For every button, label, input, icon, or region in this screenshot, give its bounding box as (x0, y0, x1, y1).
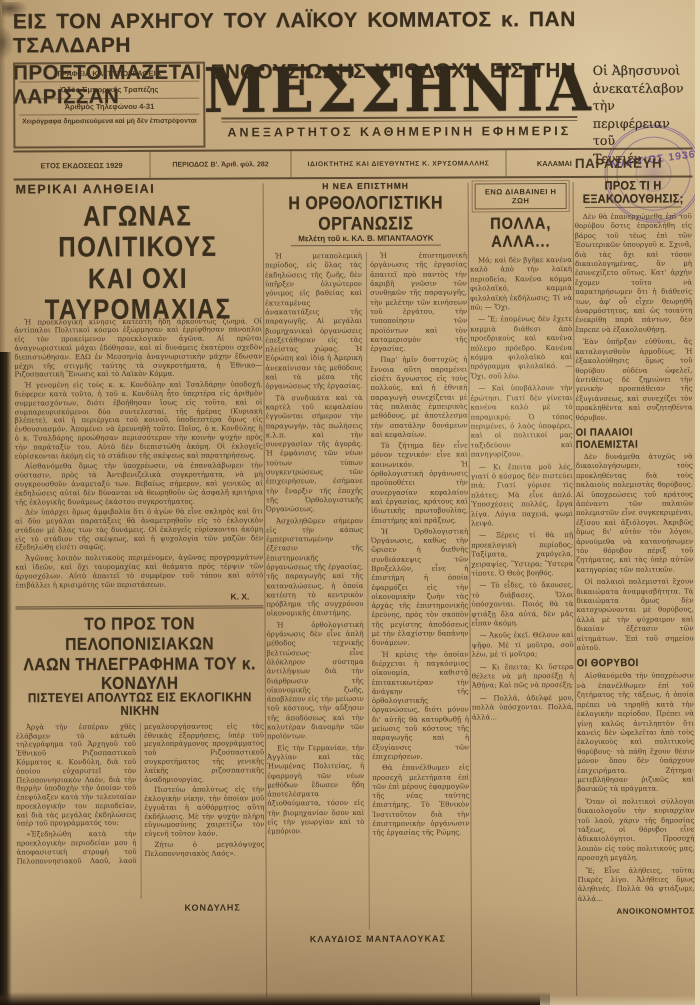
scan-edge-bottom-right (540, 995, 700, 1005)
body-paragraph: Οἱ παλαιοὶ πολεμισταὶ ἔχουν δικαιώματα ἀ… (576, 578, 693, 654)
article1-headline-line2: ΚΑΙ ΟΧΙ ΤΑΥΡΟΜΑΧΙΑΣ (14, 264, 262, 327)
body-paragraph: Ἔ; Εἶνε ἀλήθειες, τοῦτα; Πικρὲς λίγο. Ἀλ… (578, 866, 695, 904)
body-paragraph: — Πολλά, ἀδελφέ μου, πολλὰ ὑπόσχονται. Π… (472, 694, 574, 723)
newspaper-subtitle: ΑΝΕΞΑΡΤΗΤΟΣ ΚΑΘΗΜΕΡΙΝΗ ΕΦΗΜΕΡΙΣ (212, 124, 587, 141)
article5-headline: ΠΡΟΣ ΤΙ Η ΕΞΑΚΟΛΟΥΘΗΣΙΣ; (575, 180, 692, 207)
article2-signature: ΚΟΝΔΥΛΗΣ (17, 902, 241, 913)
body-paragraph: Θὰ ἐπανέλθωμεν εἰς προσεχῆ μελετήματα ἐπ… (372, 764, 469, 839)
article5-body-3: Αἰσθανόμεθα τὴν ὑποχρέωσιν νὰ ἐπανέλθωμε… (577, 672, 695, 904)
body-paragraph: Ὅταν οἱ πολιτικοὶ σύλλογοι δικαιολογοῦν … (577, 797, 694, 863)
article4-kicker-box: ΕΝΩ ΔΙΑΒΑΙΝΕΙ Η ΖΩΗ (475, 183, 567, 209)
body-paragraph: Ζήτω ὁ μεγαλόψυχος Πελοποννησιακὸς Λαός»… (144, 840, 264, 858)
office-line: ΓΡΑΦΕΙΑ ΚΑΙ ΤΥΠΟΓΡΑΦΕΙΑ (19, 66, 199, 83)
corner-smudge (0, 26, 14, 60)
body-paragraph: Ἡ μεταπολεμικὴ περίοδος, εἰς ὅλας τὰς ἐκ… (265, 252, 363, 392)
body-paragraph: Δὲν ὑπάρχει ὅμως ἀμφιβολία ὅτι ὁ ἀγὼν θὰ… (15, 508, 263, 553)
office-info-box: ΓΡΑΦΕΙΑ ΚΑΙ ΤΥΠΟΓΡΑΦΕΙΑ Ὁδὸς Ἐμπορικῆς Τ… (13, 62, 206, 149)
body-paragraph: Ἐὰν ὑπῆρξαν εὐθῦναι, ἂς καταλογισθοῦν ἁρ… (575, 338, 692, 423)
article1-headline: ΑΓΩΝΑΣ ΠΟΛΙΤΙΚΟΥΣ ΚΑΙ ΟΧΙ ΤΑΥΡΟΜΑΧΙΑΣ (14, 201, 263, 327)
column-right: ΠΡΟΣ ΤΙ Η ΕΞΑΚΟΛΟΥΘΗΣΙΣ; Δὲν θὰ ἐπανερχώ… (575, 180, 696, 997)
body-paragraph: Ἡ κρίσις τὴν ὁποίαν διέρχεται ἡ παγκόσμι… (372, 650, 469, 762)
body-paragraph: Πιστεύω ἀπολύτως εἰς τὴν ἐκλογικὴν νίκην… (144, 786, 264, 839)
office-line: Ἀριθμὸς Τηλεφώνου 4-31 (19, 98, 199, 115)
office-note: Χειρόγραφα δημοσιευόμενα καὶ μὴ δὲν ἐπισ… (19, 114, 199, 128)
side-news-line: ἀνεκατέλαβον τὴν (593, 79, 693, 114)
day-label: ΠΑΡΑΣΚΕΥΗ (575, 155, 662, 170)
corner-smudge (2, 2, 28, 18)
edition-year: ΕΤΟΣ ΕΚΔΟΣΕΩΣ 1929 (13, 152, 149, 179)
body-paragraph: Ἡ Ὀρθολογιστικὴ Ὀργάνωσις, καθὼς τὴν ὥρι… (371, 527, 469, 648)
office-line: Ὁδὸς Ἐμπορικῆς Τραπέζης (19, 82, 199, 99)
info-bar: ΕΤΟΣ ΕΚΔΟΣΕΩΣ 1929 ΠΕΡΙΟΔΟΣ Β′. Ἀριθ. φύ… (13, 148, 692, 181)
article3-kicker: Η ΝΕΑ ΕΠΙΣΤΗΜΗ (265, 180, 467, 191)
page-columns: ΜΕΡΙΚΑΙ ΑΛΗΘΕΙΑΙ ΑΓΩΝΑΣ ΠΟΛΙΤΙΚΟΥΣ ΚΑΙ Ο… (14, 180, 696, 999)
body-paragraph: Τὰ συνδικάτα καὶ τὰ καρτὲλ τοῦ κεφαλαίου… (266, 394, 364, 515)
side-news-line: Οἱ Ἀβησσυνοὶ (593, 62, 693, 80)
masthead-center: ΜΕΣΣΗΝΙΑ ΑΝΕΞΑΡΤΗΤΟΣ ΚΑΘΗΜΕΡΙΝΗ ΕΦΗΜΕΡΙΣ (205, 60, 593, 148)
article4-headline: ΠΟΛΛΑ, ΑΛΛΑ... (470, 215, 572, 251)
banner-headline-line1: ΕΙΣ ΤΟΝ ΑΡΧΗΓΟΥ ΤΟΥ ΛΑΪΚΟΥ ΚΟΜΜΑΤΟΣ κ. Π… (13, 8, 668, 59)
article5-signature: ΑΝΟΙΚΟΝΟΜΗΤΟΣ (578, 907, 695, 917)
city-label: ΚΑΛΑΜΑΙ (537, 159, 572, 168)
body-paragraph: Αἰσθανόμεθα ὅμως τὴν ὑποχρέωσιν, νὰ ἐπαν… (15, 462, 263, 507)
scan-edge-bottom (0, 992, 550, 1005)
article3-signature: ΚΛΑΥΔΙΟΣ ΜΑΝΤΑΛΟΥΚΑΣ (268, 934, 446, 945)
owner-director: ΙΔΙΟΚΤΗΤΗΣ ΚΑΙ ΔΙΕΥΘΥΝΤΗΣ Κ. ΧΡΥΣΟΜΑΛΛΗΣ (290, 150, 505, 177)
body-paragraph: Εἰς τὴν Γερμανίαν, τὴν Ἀγγλίαν καὶ τὰς Ἡ… (267, 744, 364, 837)
body-paragraph: — Ἀκοῦς ἐκεῖ. Θέλουν καὶ ψῆφο. Μὲ τί μοῦ… (472, 631, 574, 660)
date-cell: ΚΑΛΑΜΑΙ ΠΑΡΑΣΚΕΥΗ (505, 150, 692, 177)
article3-byline: Μελέτη τοῦ κ. ΚΛ. Β. ΜΠΑΝΤΑΛΟΥΚ (291, 234, 441, 247)
article5-headline-rule (585, 207, 682, 208)
article3-headline: Η ΟΡΘΟΛΟΓΙΣΤΙΚΗ ΟΡΓΑΝΩΣΙΣ (265, 193, 467, 234)
article5-subhead-noises: ΟΙ ΘΟΡΥΒΟΙ (577, 657, 694, 670)
article5-subhead-veterans: ΟΙ ΠΑΛΑΙΟΙ ΠΟΛΕΜΙΣΤΑΙ (576, 426, 693, 451)
body-paragraph: Δὲν δυνάμεθα ἀτυχῶς νὰ δικαιολογήσωμεν, … (576, 452, 694, 575)
body-paragraph: Δὲν θὰ ἐπανερχώμεθα ἐπὶ τοῦ θορύβου ὅστι… (575, 213, 693, 336)
body-paragraph: Ἡ γενομένη εἰς τοὺς κ. κ. Κονδύλην καὶ Τ… (14, 381, 262, 461)
article2-body: Ἀργὰ τὴν ἑσπέραν χθὲς ἐλάβαμεν τὸ κάτωθι… (16, 722, 265, 899)
body-paragraph: — Τὸ εἶδες, τὸ ἄκουσες, τὸ διάβασες. Ὅλο… (471, 581, 573, 628)
article1-headline-line1: ΑΓΩΝΑΣ ΠΟΛΙΤΙΚΟΥΣ (14, 201, 262, 264)
article1-body: Ἡ προεκλογικὴ κίνησις κατέστη ἤδη ἀρκούν… (14, 317, 263, 590)
body-paragraph: Αἰσθανόμεθα τὴν ὑποχρέωσιν νὰ ἐπανέλθωμε… (577, 672, 695, 795)
article5-body-1: Δὲν θὰ ἐπανερχώμεθα ἐπὶ τοῦ θορύβου ὅστι… (575, 213, 693, 423)
issue-period: ΠΕΡΙΟΔΟΣ Β′. Ἀριθ. φύλ. 282 (149, 151, 290, 178)
body-paragraph: Ἀργὰ τὴν ἑσπέραν χθὲς ἐλάβαμεν τὸ κάτωθι… (16, 723, 136, 829)
newspaper-title: ΜΕΣΣΗΝΙΑ (204, 60, 594, 120)
paper-highlight (430, 300, 590, 540)
article5-body-2: Δὲν δυνάμεθα ἀτυχῶς νὰ δικαιολογήσωμεν, … (576, 452, 694, 653)
article1-kicker: ΜΕΡΙΚΑΙ ΑΛΗΘΕΙΑΙ (16, 181, 262, 196)
newspaper-page: ΕΙΣ ΤΟΝ ΑΡΧΗΓΟΥ ΤΟΥ ΛΑΪΚΟΥ ΚΟΜΜΑΤΟΣ κ. Π… (0, 0, 700, 1005)
scan-edge-left (0, 352, 12, 1005)
body-paragraph: — Κι ἔπειτα; Κι ὕστερα θέλετε νὰ μὴ προσ… (472, 663, 574, 692)
paper-stain (180, 560, 300, 740)
scan-edge-right (695, 0, 700, 1005)
masthead: ΓΡΑΦΕΙΑ ΚΑΙ ΤΥΠΟΓΡΑΦΕΙΑ Ὁδὸς Ἐμπορικῆς Τ… (13, 60, 692, 149)
